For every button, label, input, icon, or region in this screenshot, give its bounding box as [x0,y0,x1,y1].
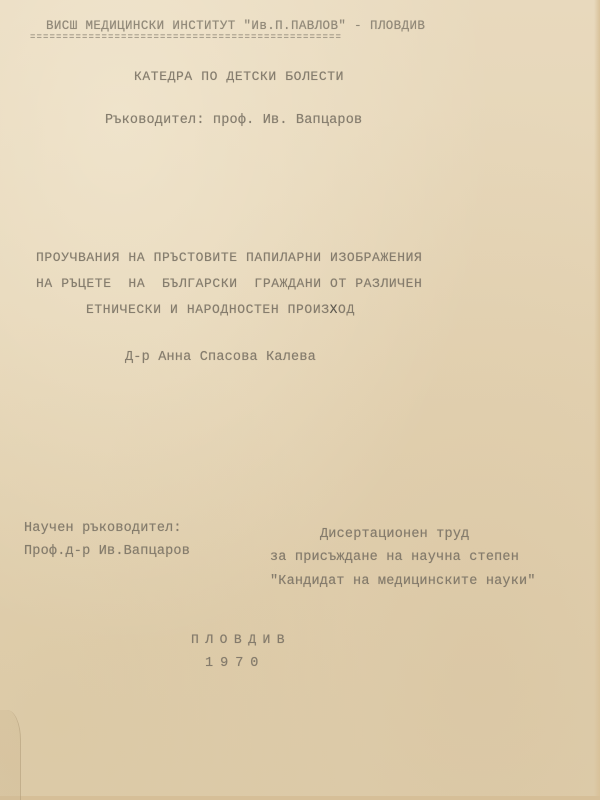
author-name: Д-р Анна Спасова Калева [125,350,316,365]
title-line-1: ПРОУЧВАНИЯ НА ПРЪСТОВИТЕ ПАПИЛАРНИ ИЗОБР… [36,250,422,265]
paper-edge-right [594,0,600,800]
title-line-3-part-c: ОД [338,302,355,317]
supervisor-label: Научен ръководител: [24,521,182,536]
dissertation-line-2: за присъждане на научна степен [270,550,519,565]
dissertation-line-3: "Кандидат на медицинските науки" [270,574,536,589]
header-underline: ========================================… [30,32,342,42]
dissertation-line-1: Дисертационен труд [320,527,469,542]
department-head: Ръководител: проф. Ив. Вапцаров [105,113,362,128]
department-name: КАТЕДРА ПО ДЕТСКИ БОЛЕСТИ [134,69,344,84]
title-line-3: ЕТНИЧЕСКИ И НАРОДНОСТЕН ПРОИЗХОД [86,302,355,317]
city: ПЛОВДИВ [191,632,291,647]
title-line-3-overstruck-char: Х [330,302,338,317]
supervisor-name: Проф.д-р Ив.Вапцаров [24,544,190,559]
institution-header: ВИСШ МЕДИЦИНСКИ ИНСТИТУТ "Ив.П.ПАВЛОВ" -… [46,19,425,33]
title-line-2: НА РЪЦЕТЕ НА БЪЛГАРСКИ ГРАЖДАНИ ОТ РАЗЛИ… [36,276,422,291]
paper-edge-bottom [0,796,600,800]
year: 1970 [205,656,265,671]
paper-fold-corner [0,710,21,800]
title-line-3-part-a: ЕТНИЧЕСКИ И НАРОДНОСТЕН ПРОИЗ [86,302,330,317]
